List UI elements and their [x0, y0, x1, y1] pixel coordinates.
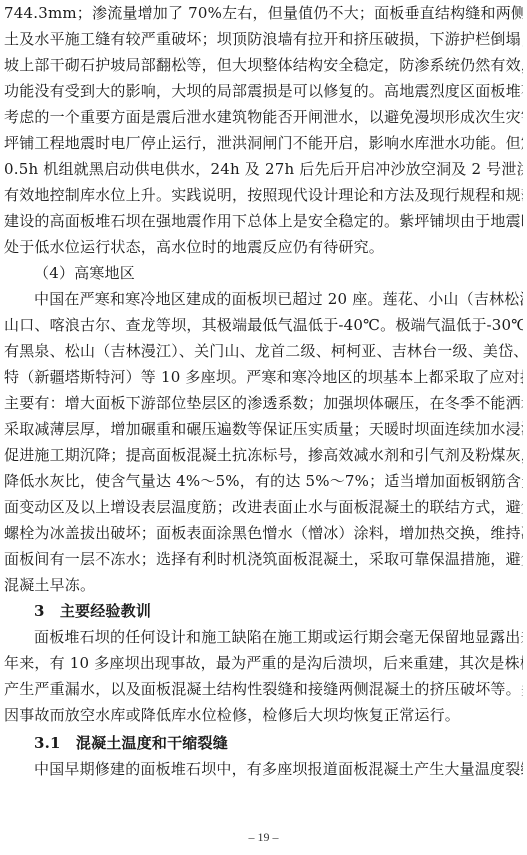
- text-line: 面板堆石坝的任何设计和施工缺陷在施工期或运行期会毫无保留地显露出来。25: [34, 624, 523, 650]
- text-line: 有黑泉、松山（吉林漫江）、关门山、龙首二级、柯柯亚、吉林台一级、美岱、塔斯: [4, 338, 523, 364]
- section-heading: 3.1 混凝土温度和干缩裂缝: [34, 730, 527, 756]
- text-line: 建设的高面板堆石坝在强地震作用下总体上是安全稳定的。紫坪铺坝由于地震时水库: [4, 208, 523, 234]
- text-line: 面板间有一层不冻水；选择有利时机浇筑面板混凝土，采取可靠保温措施，避免发生: [4, 546, 523, 572]
- text-line: 因事故而放空水库或降低库水位检修，检修后大坝均恢复正常运行。: [4, 702, 523, 728]
- text-line: 采取减薄层厚，增加碾重和碾压遍数等保证压实质量；天暖时坝面连续加水浸润，以: [4, 416, 523, 442]
- text-line: 螺栓为冰盖拔出破坏；面板表面涂黑色憎水（憎冰）涂料，增加热交换，维持冰面和: [4, 520, 523, 546]
- text-line: 促进施工期沉降；提高面板混凝土抗冻标号，掺高效减水剂和引气剂及粉煤灰，尽量: [4, 442, 523, 468]
- text-line: 产生严重漏水，以及面板混凝土结构性裂缝和接缝两侧混凝土的挤压破坏等。多座坝: [4, 676, 523, 702]
- text-line: 年来，有 10 多座坝出现事故，最为严重的是沟后溃坝，后来重建，其次是株树桥坝: [4, 650, 523, 676]
- text-line: 有效地控制库水位上升。实践说明，按照现代设计理论和方法及现行规程和规范设计: [4, 182, 523, 208]
- subsection-heading: （4）高寒地区: [34, 260, 527, 286]
- text-line: 功能没有受到大的影响，大坝的局部震损是可以修复的。高地震烈度区面板堆石坝需: [4, 78, 523, 104]
- text-line: 坪铺工程地震时电厂停止运行，泄洪洞闸门不能开启，影响水库泄水功能。但震后: [4, 130, 523, 156]
- text-line: 坡上部干砌石护坡局部翻松等，但大坝整体结构安全稳定，防渗系统仍然有效，蓄水: [4, 52, 523, 78]
- page-number: – 19 –: [0, 830, 527, 845]
- text-line: 土及水平施工缝有较严重破坏；坝顶防浪墙有拉开和挤压破损，下游护栏倒塌；下游: [4, 26, 523, 52]
- text-line: 中国在严寒和寒冷地区建成的面板坝已超过 20 座。莲花、小山（吉林松江河）、: [34, 286, 523, 312]
- text-line: 特（新疆塔斯特河）等 10 多座坝。严寒和寒冷地区的坝基本上都采取了应对措施，: [4, 364, 523, 390]
- text-line: 744.3mm；渗流量增加了 70%左右，但量值仍不大；面板垂直结构缝和两侧面板…: [4, 0, 523, 26]
- text-line: 混凝土早冻。: [4, 572, 523, 598]
- document-page: 744.3mm；渗流量增加了 70%左右，但量值仍不大；面板垂直结构缝和两侧面板…: [0, 0, 527, 855]
- text-line: 山口、喀浪古尔、查龙等坝，其极端最低气温低于-40℃。极端气温低于-30℃的坝还: [4, 312, 523, 338]
- section-heading: 3 主要经验教训: [34, 598, 527, 624]
- text-line: 0.5h 机组就黑启动供电供水，24h 及 27h 后先后开启冲沙放空洞及 2 …: [4, 156, 523, 182]
- text-line: 面变动区及以上增设表层温度筋；改进表面止水与面板混凝土的联结方式，避免膨胀: [4, 494, 523, 520]
- text-line: 降低水灰比，使含气量达 4%～5%，有的达 5%～7%；适当增加面板钢筋含量，在…: [4, 468, 523, 494]
- text-line: 中国早期修建的面板堆石坝中，有多座坝报道面板混凝土产生大量温度裂缝和干: [34, 756, 523, 782]
- text-line: 处于低水位运行状态，高水位时的地震反应仍有待研究。: [4, 234, 523, 260]
- text-line: 主要有：增大面板下游部位垫层区的渗透系数；加强坝体碾压，在冬季不能洒水时，: [4, 390, 523, 416]
- text-line: 考虑的一个重要方面是震后泄水建筑物能否开闸泄水，以避免漫坝形成次生灾害。紫: [4, 104, 523, 130]
